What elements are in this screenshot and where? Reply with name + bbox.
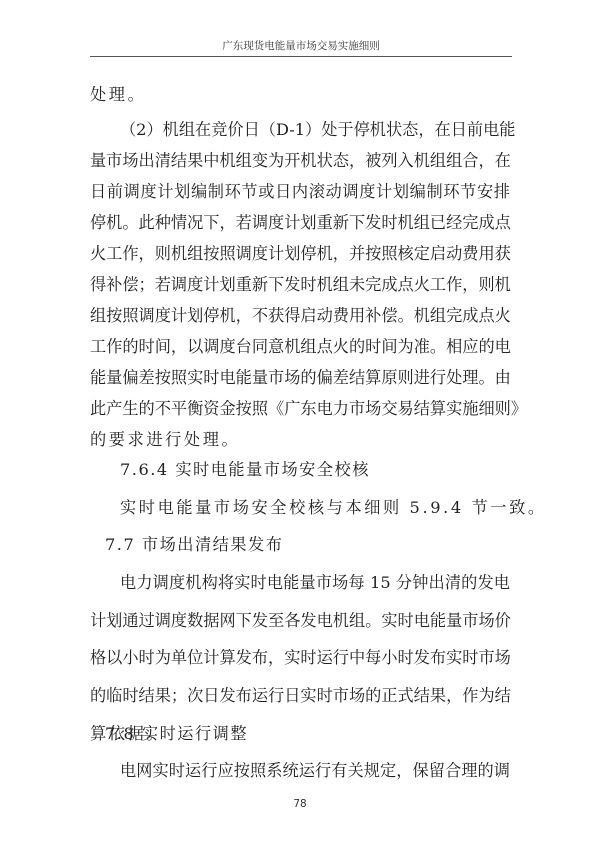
section-number: 7.7 [105, 535, 135, 554]
text-line: 电力调度机构将实时电能量市场每 15 分钟出清的发电 [120, 573, 510, 593]
section-number: 7.6.4 [120, 460, 169, 479]
paragraph-realtime-adjustment: 电网实时运行应按照系统运行有关规定，保留合理的调 [120, 761, 510, 781]
text-line: 量市场出清结果中机组变为开机状态，被列入机组组合，在 [90, 151, 510, 171]
text-line: 的临时结果；次日发布运行日实时市场的正式结果，作为结 [90, 686, 510, 706]
text-line: 计划通过调度数据网下发至各发电机组。实时电能量市场价 [90, 611, 510, 631]
section-title: 实时电能量市场安全校核 [175, 460, 370, 479]
paragraph-security-check: 实时电能量市场安全校核与本细则 5.9.4 节一致。 [120, 498, 540, 518]
text-line: 得补偿；若调度计划重新下发时机组未完成点火工作，则机 [90, 275, 510, 295]
text-line: 日前调度计划编制环节或日内滚动调度计划编制环节安排 [90, 182, 510, 202]
text-line: 组按照调度计划停机，不获得启动费用补偿。机组完成点火 [90, 306, 510, 326]
section-heading-7-8: 7.8 实时运行调整 [105, 724, 525, 744]
running-header: 广东现货电能量市场交易实施细则 [90, 38, 512, 53]
text-line: 此产生的不平衡资金按照《广东电力市场交易结算实施细则》 [90, 399, 510, 419]
section-title: 市场出清结果发布 [142, 535, 284, 554]
section-title: 实时运行调整 [142, 724, 248, 743]
section-heading-7-7: 7.7 市场出清结果发布 [105, 535, 525, 555]
text-line: 火工作，则机组按照调度计划停机，并按照核定启动费用获 [90, 244, 510, 264]
text-line: 能量偏差按照实时电能量市场的偏差结算原则进行处理。由 [90, 368, 510, 388]
text-line: （2）机组在竞价日（D-1）处于停机状态，在日前电能 [120, 120, 510, 140]
text-line: 停机。此种情况下，若调度计划重新下发时机组已经完成点 [90, 213, 510, 233]
page-number: 78 [0, 798, 600, 810]
header-rule [90, 56, 512, 57]
section-number: 7.8 [105, 724, 135, 743]
text-line: 处理。 [90, 85, 510, 105]
text-line: 格以小时为单位计算发布，实时运行中每小时发布实时市场 [90, 648, 510, 668]
text-line: 工作的时间，以调度台同意机组点火的时间为准。相应的电 [90, 337, 510, 357]
section-heading-7-6-4: 7.6.4 实时电能量市场安全校核 [120, 460, 540, 480]
text-line: 的要求进行处理。 [90, 430, 510, 450]
